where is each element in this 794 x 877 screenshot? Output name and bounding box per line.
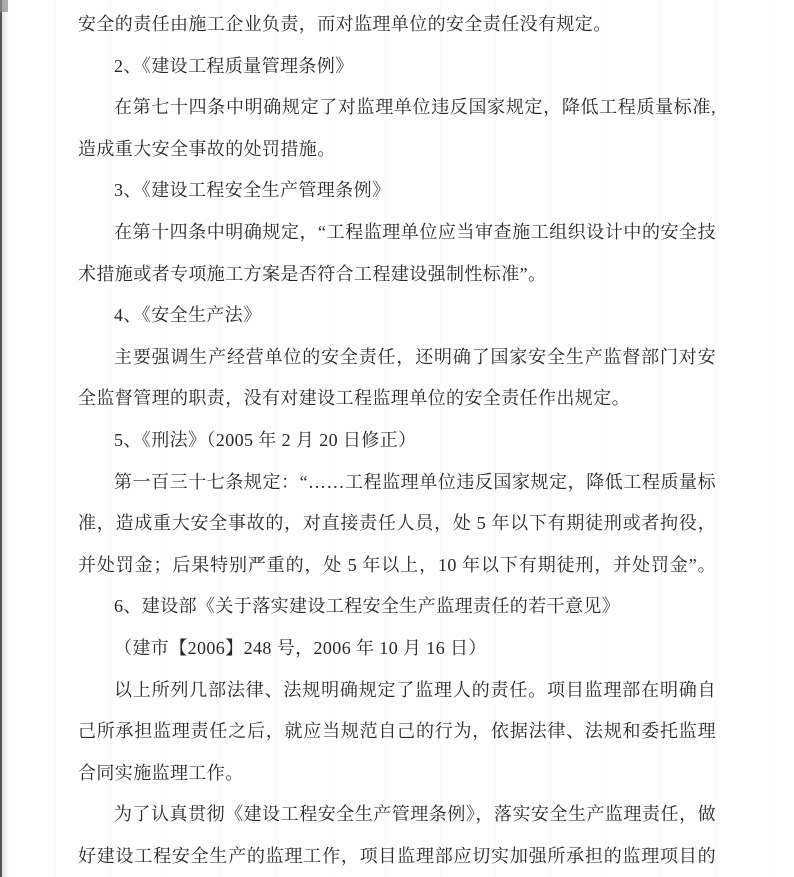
text-line: 造成重大安全事故的处罚措施。	[78, 129, 716, 171]
text-line: 在第十四条中明确规定，“工程监理单位应当审查施工组织设计中的安全技	[78, 212, 716, 254]
text-line: 第一百三十七条规定：“……工程监理单位违反国家规定，降低工程质量标	[78, 462, 716, 504]
document-page: 安全的责任由施工企业负责，而对监理单位的安全责任没有规定。2、《建设工程质量管理…	[0, 0, 794, 877]
text-line: 并处罚金；后果特别严重的，处 5 年以上，10 年以下有期徒刑，并处罚金”。	[78, 545, 716, 587]
text-line: 6、建设部《关于落实建设工程安全生产监理责任的若干意见》	[78, 586, 716, 628]
text-line: 以上所列几部法律、法规明确规定了监理人的责任。项目监理部在明确自	[78, 670, 716, 712]
text-line: （建市【2006】248 号，2006 年 10 月 16 日）	[78, 628, 716, 670]
document-text-block: 安全的责任由施工企业负责，而对监理单位的安全责任没有规定。2、《建设工程质量管理…	[78, 4, 716, 877]
scan-corner-artifact	[0, 0, 8, 12]
text-line: 4、《安全生产法》	[78, 295, 716, 337]
text-line: 3、《建设工程安全生产管理条例》	[78, 170, 716, 212]
text-line: 准，造成重大安全事故的，对直接责任人员，处 5 年以下有期徒刑或者拘役，	[78, 503, 716, 545]
text-line: 为了认真贯彻《建设工程安全生产管理条例》，落实安全生产监理责任，做	[78, 794, 716, 836]
text-line: 己所承担监理责任之后，就应当规范自己的行为，依据法律、法规和委托监理	[78, 711, 716, 753]
text-line: 在第七十四条中明确规定了对监理单位违反国家规定，降低工程质量标准,	[78, 87, 716, 129]
text-line: 全监督管理的职责，没有对建设工程监理单位的安全责任作出规定。	[78, 378, 716, 420]
text-line: 术措施或者专项施工方案是否符合工程建设强制性标准”。	[78, 254, 716, 296]
scan-left-edge-gradient	[2, 0, 9, 877]
text-line: 5、《刑法》（2005 年 2 月 20 日修正）	[78, 420, 716, 462]
text-line: 主要强调生产经营单位的安全责任，还明确了国家安全生产监督部门对安	[78, 337, 716, 379]
text-line: 安全的责任由施工企业负责，而对监理单位的安全责任没有规定。	[78, 4, 716, 46]
text-line: 合同实施监理工作。	[78, 753, 716, 795]
text-line: 2、《建设工程质量管理条例》	[78, 46, 716, 88]
text-line: 好建设工程安全生产的监理工作，项目监理部应切实加强所承担的监理项目的	[78, 836, 716, 877]
